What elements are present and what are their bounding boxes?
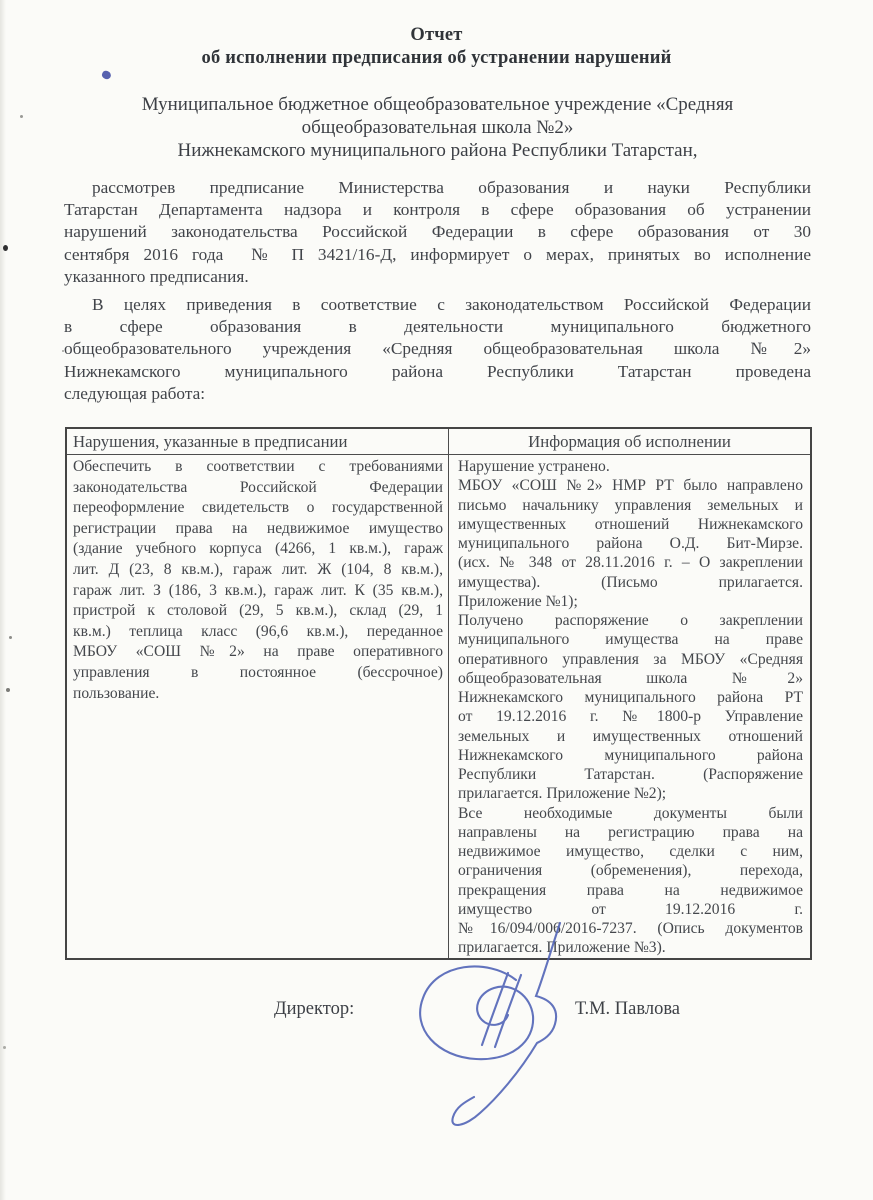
title-line-2: об исполнении предписания об устранении … [0,47,873,70]
organization-line-1: Муниципальное бюджетное общеобразователь… [64,93,811,116]
text-line: имущественных отношений Нижнекамского [458,515,803,534]
text-line: Обеспечить в соответствии с требованиями [73,457,443,478]
text-line: сентября 2016 года № П 3421/16-Д, информ… [64,244,811,266]
text-line: Все необходимые документы были [458,804,803,823]
signature-flourish [452,923,560,1125]
scan-artifact [3,245,8,251]
text-line: управления в постоянное (бессрочное) [73,663,443,684]
signature-hatch-1 [482,973,508,1045]
table-row: Обеспечить в соответствии с требованиями… [66,455,811,959]
text-line: общеобразовательная школа №2» [458,669,803,688]
text-line: законодательства Российской Федерации [73,478,443,499]
text-line: гараж лит. З (186, 3 кв.м.), гараж лит. … [73,581,443,602]
execution-paragraph-1: Нарушение устранено. [458,457,803,476]
text-line: (исх. № 348 от 28.11.2016 г. – О закрепл… [458,553,803,572]
text-line: прекращения права на недвижимое [458,881,803,900]
text-line: нарушений законодательства Российской Фе… [64,221,811,243]
text-line: земельных и имущественных отношений [458,727,803,746]
scan-artifact [6,688,10,692]
text-line: Нижнекамского муниципального района РТ [458,688,803,707]
text-line: оперативного управления за МБОУ «Средняя [458,650,803,669]
text-line: имущества). (Письмо прилагается. [458,573,803,592]
text-line: переоформление свидетельств о государств… [73,498,443,519]
scan-artifact [3,1046,6,1049]
text-line: МБОУ «СОШ №2» НМР РТ было направлено [458,476,803,495]
text-line: указанного предписания. [64,266,811,288]
table-header-violations: Нарушения, указанные в предписании [66,428,449,455]
director-label: Директор: [274,999,354,1020]
ink-dot [101,69,113,80]
text-line: Получено распоряжение о закреплении [458,611,803,630]
text-line: Нижнекамского муниципального района [458,746,803,765]
measures-paragraph: В целях приведения в соответствие с зако… [64,294,811,405]
document-title: Отчет об исполнении предписания об устра… [0,24,873,70]
text-line: регистрации права на недвижимое имуществ… [73,519,443,540]
organization-line-3: Нижнекамского муниципального района Респ… [64,139,811,162]
text-line: муниципального имущества на праве [458,630,803,649]
text-line: пристрой к столовой (29, 5 кв.м.), склад… [73,601,443,622]
text-line: муниципального района О.Д. Бит-Мирзе. [458,534,803,553]
text-line: Нарушение устранено. [458,457,803,476]
text-line: направлены на регистрацию права на [458,823,803,842]
table-header-row: Нарушения, указанные в предписании Инфор… [66,428,811,455]
text-line: Татарстан Департамента надзора и контрол… [64,199,811,221]
text-line: Нижнекамского муниципального района Респ… [64,361,811,383]
signature-scribble [398,916,583,1134]
organization-name: Муниципальное бюджетное общеобразователь… [64,93,811,162]
text-line: прилагается. Приложение №2); [458,784,803,803]
signature-oval [420,966,533,1059]
execution-paragraph-2: МБОУ «СОШ №2» НМР РТ было направленопись… [458,476,803,611]
violation-cell: Обеспечить в соответствии с требованиями… [66,455,449,959]
text-line: МБОУ «СОШ №2» на праве оперативного [73,642,443,663]
text-line: Республики Татарстан. (Распоряжение [458,765,803,784]
text-line: ограничения (обременения), перехода, [458,861,803,880]
text-line: (здание учебного корпуса (4266, 1 кв.м.)… [73,539,443,560]
text-line: кв.м.) теплица класс (96,6 кв.м.), перед… [73,622,443,643]
text-line: общеобразовательного учреждения «Средняя… [64,338,811,360]
text-line: Приложение №1); [458,592,803,611]
text-line: пользование. [73,684,443,705]
text-line: следующая работа: [64,383,811,405]
text-line: недвижимое имущество, сделки с ним, [458,842,803,861]
execution-cell: Нарушение устранено. МБОУ «СОШ №2» НМР Р… [449,455,812,959]
scanned-document: { "colors": { "paper": "#fbfbf8", "text"… [0,0,873,1200]
scan-artifact [20,115,23,118]
text-line: от 19.12.2016 г. №1800-р Управление [458,707,803,726]
intro-paragraph: рассмотрев предписание Министерства обра… [64,177,811,288]
scan-edge-shadow [0,0,6,1200]
text-line: в сфере образования в деятельности муниц… [64,316,811,338]
table-header-execution: Информация об исполнении [449,428,812,455]
text-line: лит. Д (23, 8 кв.м.), гараж лит. Ж (104,… [73,560,443,581]
execution-paragraph-3: Получено распоряжение о закреплениимуниц… [458,611,803,804]
text-line: письмо начальнику управления земельных и [458,496,803,515]
title-line-1: Отчет [0,24,873,47]
director-name: Т.М. Павлова [575,999,680,1020]
organization-line-2: общеобразовательная школа №2» [64,116,811,139]
text-line: В целях приведения в соответствие с зако… [64,294,811,316]
text-line: рассмотрев предписание Министерства обра… [64,177,811,199]
scan-artifact [9,636,12,639]
violations-table: Нарушения, указанные в предписании Инфор… [65,427,812,960]
